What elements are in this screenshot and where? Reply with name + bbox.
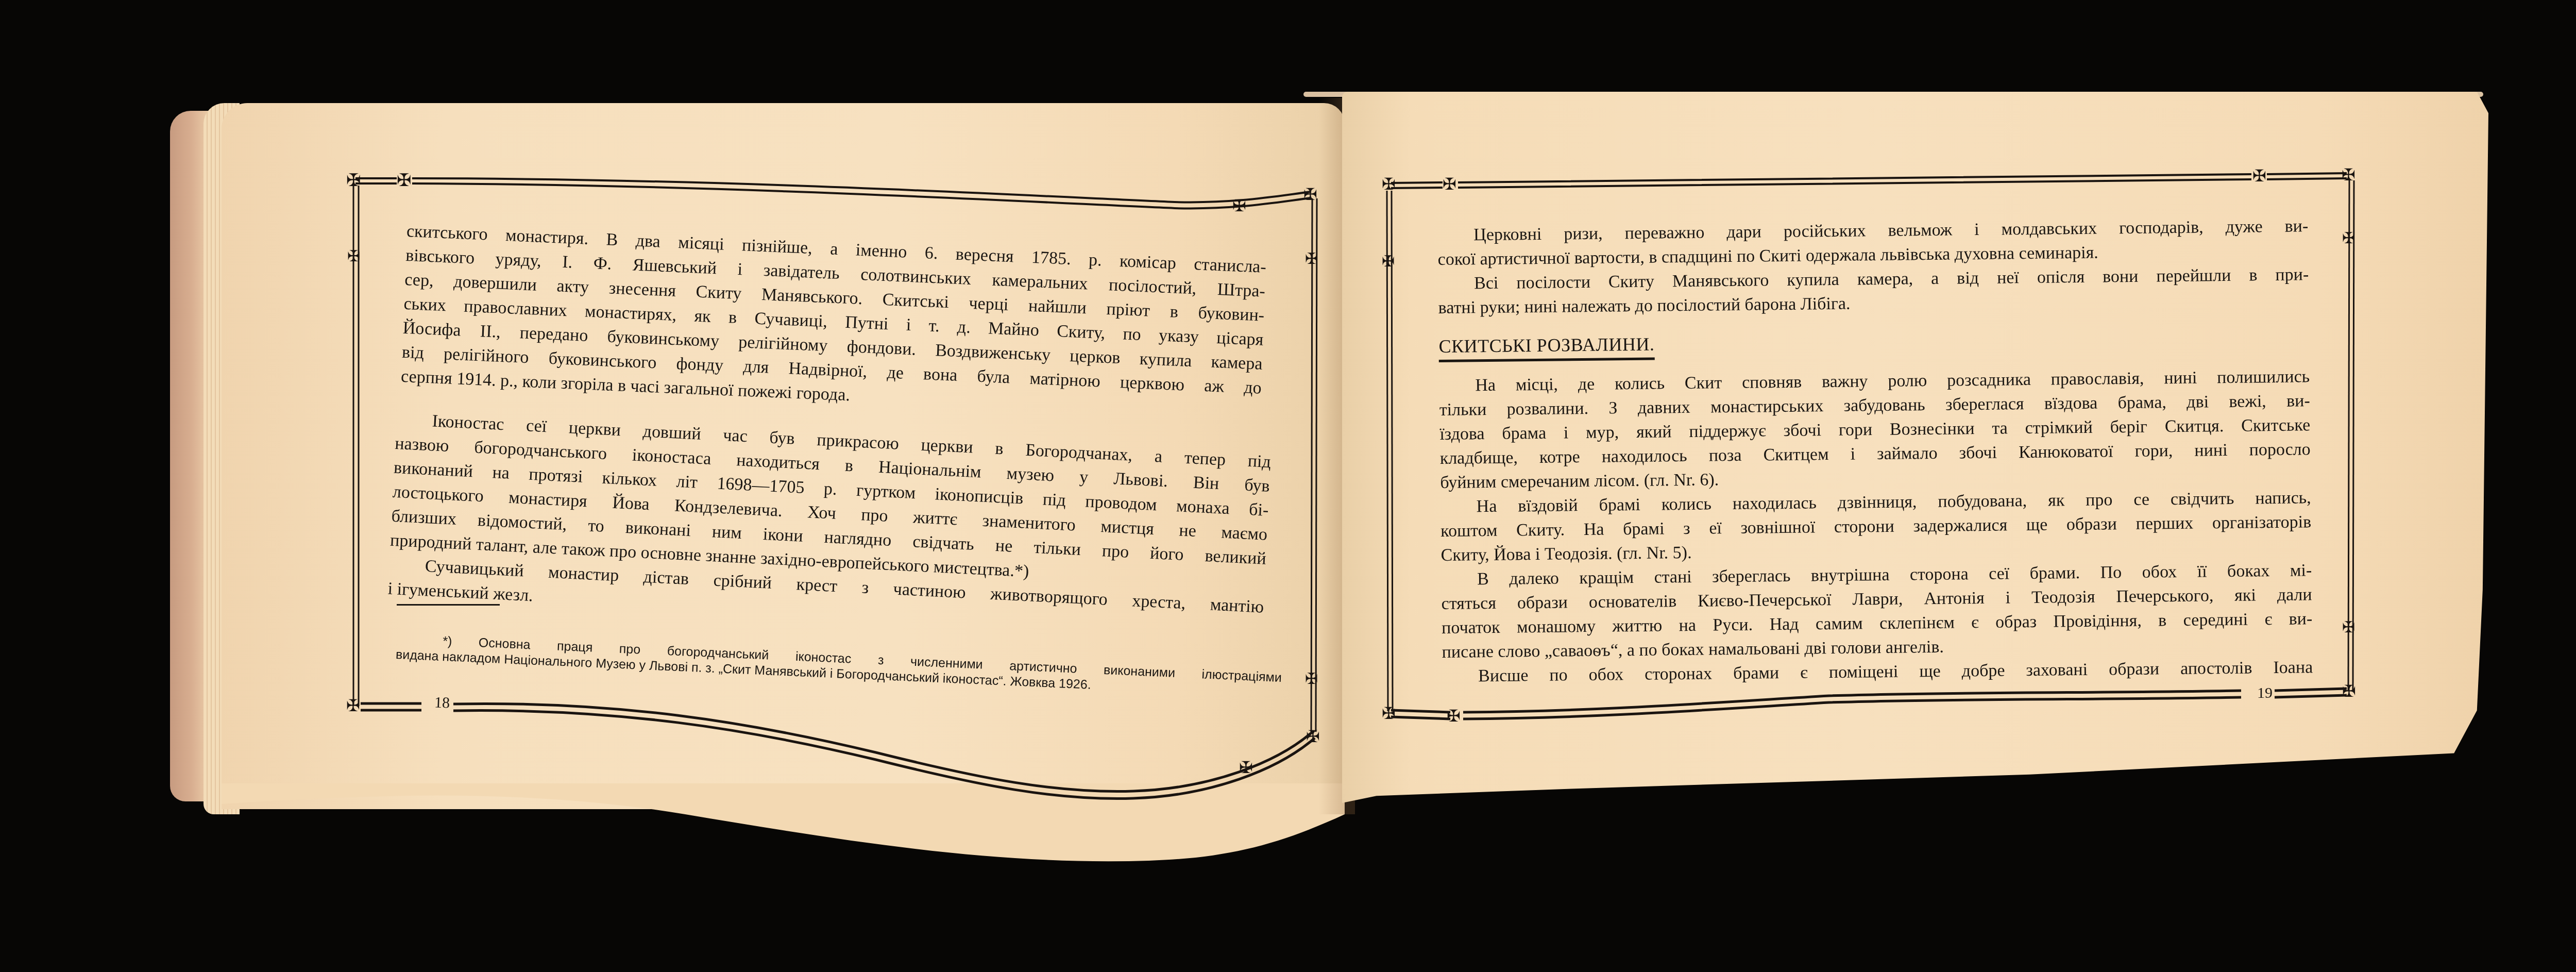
page-number: 18 [431, 694, 453, 712]
knot-ornament-icon: ✠ [1447, 706, 1461, 726]
page-number: 19 [2254, 684, 2276, 702]
knot-ornament-icon: ✠ [1382, 703, 1396, 723]
knot-ornament-icon: ✠ [2342, 165, 2355, 185]
knot-ornament-icon: ✠ [2252, 166, 2266, 186]
book-scan: ✠ ✠ ✠ ✠ ✠ ✠ ✠ ✠ ✠ ✠ ✠ ✠ ✠ ✠ ✠ ✠ ✠ ✠ ✠ ✠ [0, 0, 2576, 972]
knot-ornament-icon: ✠ [2342, 229, 2355, 247]
section-heading: СКИТСЬКІ РОЗВАЛИНИ. [1438, 332, 1654, 362]
knot-ornament-icon: ✠ [2342, 618, 2355, 636]
footnote-separator [397, 604, 500, 606]
knot-ornament-icon: ✠ [1382, 174, 1396, 194]
left-page-body-part1: скитського монастиря. В два місяці пізні… [400, 219, 1266, 425]
knot-ornament-icon: ✠ [1382, 253, 1395, 271]
knot-ornament-icon: ✠ [1443, 174, 1456, 194]
right-page-body: Церковні ризи, переважно дари російських… [1437, 214, 2313, 689]
knot-ornament-icon: ✠ [2342, 681, 2356, 701]
